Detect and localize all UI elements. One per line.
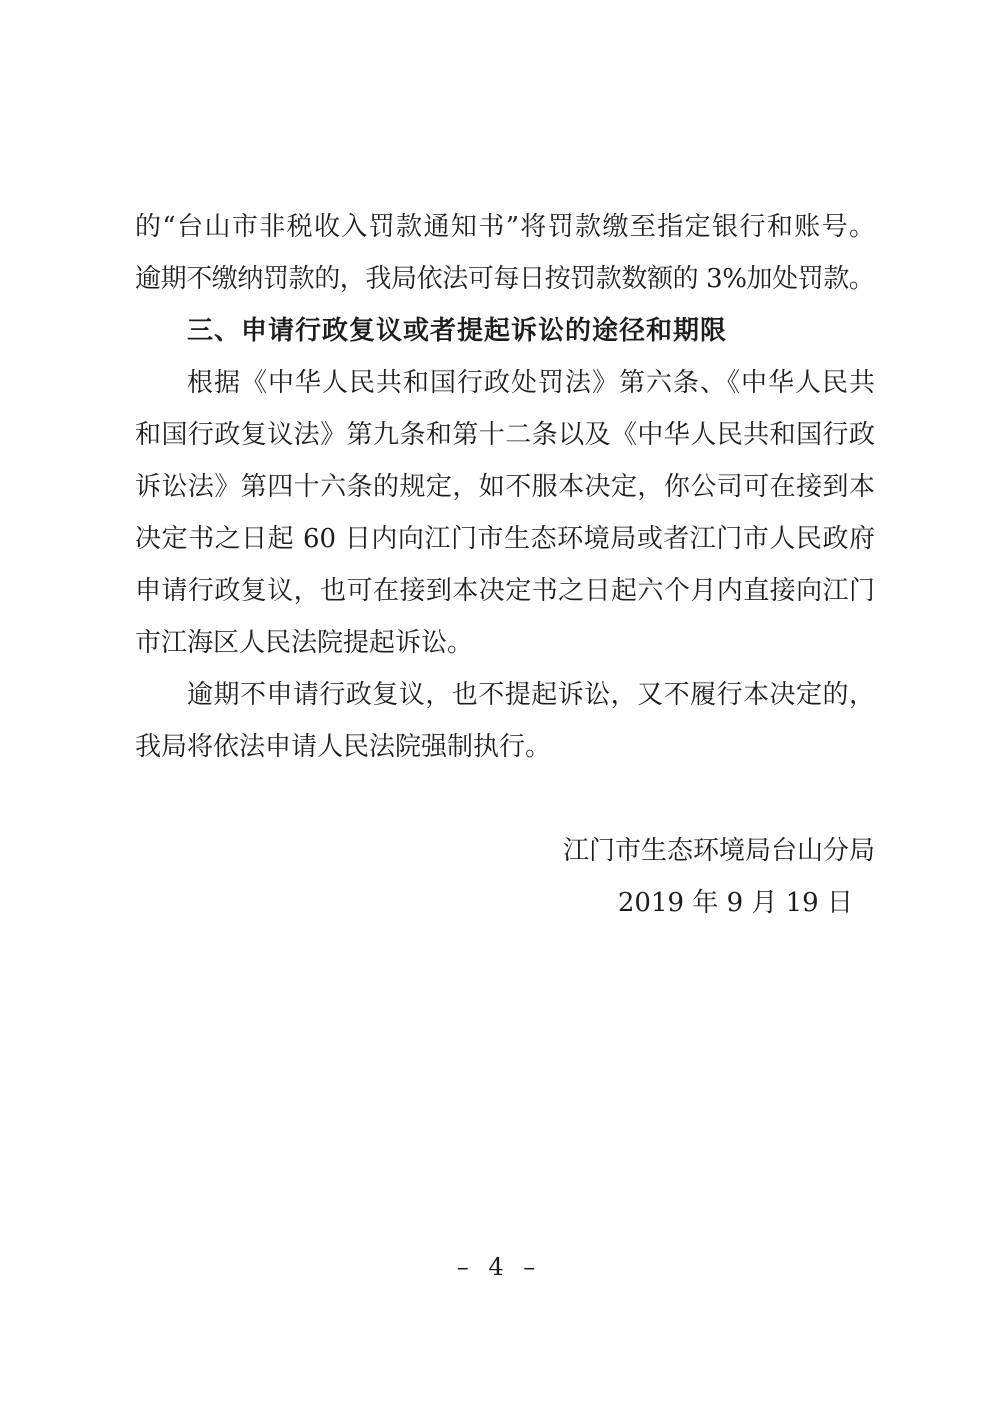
section-heading: 三、申请行政复议或者提起诉讼的途径和期限 — [135, 305, 875, 357]
signature-date: 2019 年 9 月 19 日 — [135, 877, 875, 929]
body-line-review-3: 诉讼法》第四十六条的规定，如不服本决定，你公司可在接到本 — [135, 461, 875, 513]
body-line-enforcement-2: 我局将依法申请人民法院强制执行。 — [135, 721, 875, 773]
body-line-payment-2: 逾期不缴纳罚款的，我局依法可每日按罚款数额的 3%加处罚款。 — [135, 253, 875, 305]
body-line-review-1: 根据《中华人民共和国行政处罚法》第六条、《中华人民共 — [135, 357, 875, 409]
signature-block: 江门市生态环境局台山分局 2019 年 9 月 19 日 — [135, 825, 875, 929]
document-body: 的“台山市非税收入罚款通知书”将罚款缴至指定银行和账号。 逾期不缴纳罚款的，我局… — [135, 201, 875, 929]
document-page: 的“台山市非税收入罚款通知书”将罚款缴至指定银行和账号。 逾期不缴纳罚款的，我局… — [0, 0, 992, 1403]
body-line-enforcement-1: 逾期不申请行政复议，也不提起诉讼，又不履行本决定的， — [135, 669, 875, 721]
body-line-review-6: 市江海区人民法院提起诉讼。 — [135, 617, 875, 669]
body-line-review-5: 申请行政复议，也可在接到本决定书之日起六个月内直接向江门 — [135, 565, 875, 617]
body-line-payment-1: 的“台山市非税收入罚款通知书”将罚款缴至指定银行和账号。 — [135, 201, 875, 253]
signature-issuer: 江门市生态环境局台山分局 — [135, 825, 875, 877]
body-line-review-2: 和国行政复议法》第九条和第十二条以及《中华人民共和国行政 — [135, 409, 875, 461]
page-number: – 4 – — [0, 1252, 992, 1282]
body-line-review-4: 决定书之日起 60 日内向江门市生态环境局或者江门市人民政府 — [135, 513, 875, 565]
